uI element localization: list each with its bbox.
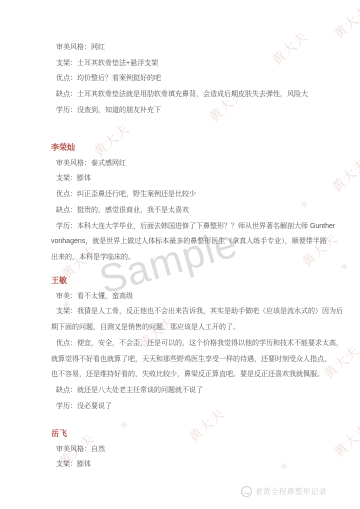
review-line-implant: 期下面的问题，目测又是销售的问题，那应该是人工开的了。 (51, 320, 343, 336)
star-watermark-icon: ✳ (280, 462, 288, 473)
review-line-implant: 支架：我猜是人工骨，反正他也不会出来告诉我，其实是助手做吧（应该是流水式的）因为… (56, 304, 343, 320)
star-watermark-icon: ✳ (120, 420, 128, 431)
review-line-implant: 支架：膨体 (56, 171, 335, 187)
tiled-watermark: 黄大夫 (329, 418, 360, 460)
review-line-education: vonhagens，就是世界上做过人体标本最多的鼻整形医生（拿真人练手专业），顺… (51, 234, 335, 250)
doctor-section: 李荣灿 审美风格：泰式感网红 支架：膨体 优点：纠正歪鼻还行吧，野生案例还是比较… (56, 140, 335, 266)
review-line-cons: 缺点：挺贵的，感觉很商业，我不是太喜欢 (56, 203, 335, 219)
footer-watermark-label: 老黄全程鼻整形记录 (255, 486, 327, 497)
review-line-cons: 缺点：就还是八大处老主任常谈的问题就不说了 (56, 383, 343, 399)
review-line-implant: 支架：土耳其软骨垫法+悬浮支架 (56, 56, 308, 72)
review-line-cons: 缺点：土耳其软骨垫法就是用肋软骨填充鼻背，会造成后期皮肤失去弹性，风险大 (56, 87, 308, 103)
logo-face-icon (241, 486, 252, 497)
review-line-education: 学历：没必要说了 (56, 399, 343, 415)
doctor-name: 岳飞 (51, 426, 105, 442)
doctor-name: 王敏 (51, 273, 343, 289)
review-line-implant: 支架：膨体 (56, 457, 105, 473)
review-line-pros: 就算觉得不好看也就算了吧，天天和那些野鸡医生享受一样的待遇，还要时刻受众人指点， (51, 352, 343, 368)
document-page: 黄大夫 黄大夫 黄大夫 黄大夫 黄大夫 黄大夫 黄大夫 黄大夫 黄大夫 黄大夫 … (0, 0, 360, 509)
doctor-section: 审美风格：网红 支架：土耳其软骨垫法+悬浮支架 优点：均价整后？看案例挺好的吧 … (56, 40, 308, 119)
review-line-style: 审美风格：自然 (56, 442, 105, 458)
doctor-name: 李荣灿 (51, 140, 335, 156)
review-line-education: 出来的，本科是学临床的。 (51, 250, 335, 266)
doctor-section: 王敏 审美：看不太懂，蛮高级 支架：我猜是人工骨，反正他也不会出来告诉我，其实是… (56, 273, 343, 414)
star-watermark-icon: ✳ (340, 262, 348, 273)
review-line-style: 审美：看不太懂，蛮高级 (56, 289, 343, 305)
footer-watermark: 老黄全程鼻整形记录 (241, 486, 327, 497)
review-line-pros: 优点：纠正歪鼻还行吧，野生案例还是比较少 (56, 187, 335, 203)
review-line-pros: 优点：便宜，安全，不会歪，还是可以的，这个价格我觉得以他的学历和技术不能要求太高… (56, 336, 343, 352)
review-line-pros: 优点：均价整后？看案例挺好的吧 (56, 71, 308, 87)
tiled-watermark: 黄大夫 (329, 0, 360, 42)
review-line-education: 学历：本科大连大学毕业，后面去韩国进修了下鼻整形？？师从世界著名解剖大师 Gun… (56, 219, 335, 235)
review-line-education: 学历：没查到，知道的朋友补充下 (56, 103, 308, 119)
review-line-style: 审美风格：网红 (56, 40, 308, 56)
review-line-pros: 也不容易，还是维持好看的，失败比较少，鼻梁反正算直吧。要是反正还喜欢我就佩服。 (51, 367, 343, 383)
review-line-style: 审美风格：泰式感网红 (56, 156, 335, 172)
doctor-section: 岳飞 审美风格：自然 支架：膨体 (56, 426, 105, 473)
